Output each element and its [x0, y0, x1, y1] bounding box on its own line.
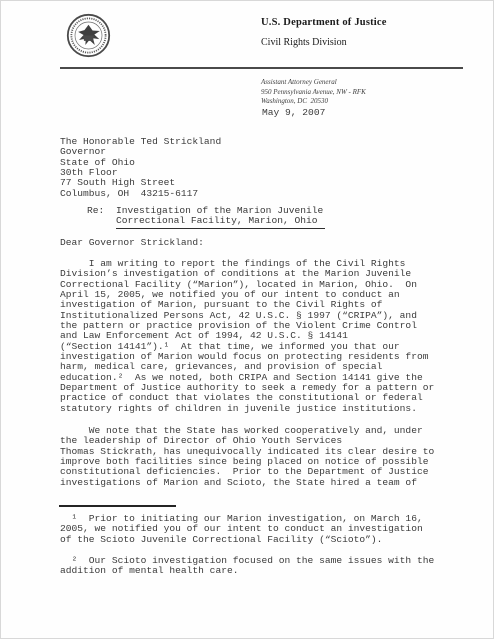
salutation: Dear Governor Strickland: — [60, 238, 204, 248]
letter-date: May 9, 2007 — [262, 108, 325, 118]
footnote-1: ¹ Prior to initiating our Marion investi… — [60, 514, 423, 545]
office-address-block: Assistant Attorney General 950 Pennsylva… — [261, 78, 366, 107]
re-label: Re: — [87, 206, 104, 216]
doj-seal-icon — [66, 13, 111, 58]
division-title: Civil Rights Division — [261, 37, 347, 48]
footnote-divider — [59, 505, 176, 507]
letter-page: U.S. Department of Justice Civil Rights … — [0, 0, 494, 639]
body-paragraph-1: I am writing to report the findings of t… — [60, 259, 434, 414]
letterhead-divider — [60, 67, 463, 69]
agency-title: U.S. Department of Justice — [261, 17, 387, 28]
footnote-2: ² Our Scioto investigation focused on th… — [60, 556, 434, 577]
body-paragraph-2: We note that the State has worked cooper… — [60, 426, 434, 488]
recipient-address-block: The Honorable Ted Strickland Governor St… — [60, 137, 221, 199]
re-subject-line2-underlined: Correctional Facility, Marion, Ohio — [116, 216, 325, 228]
